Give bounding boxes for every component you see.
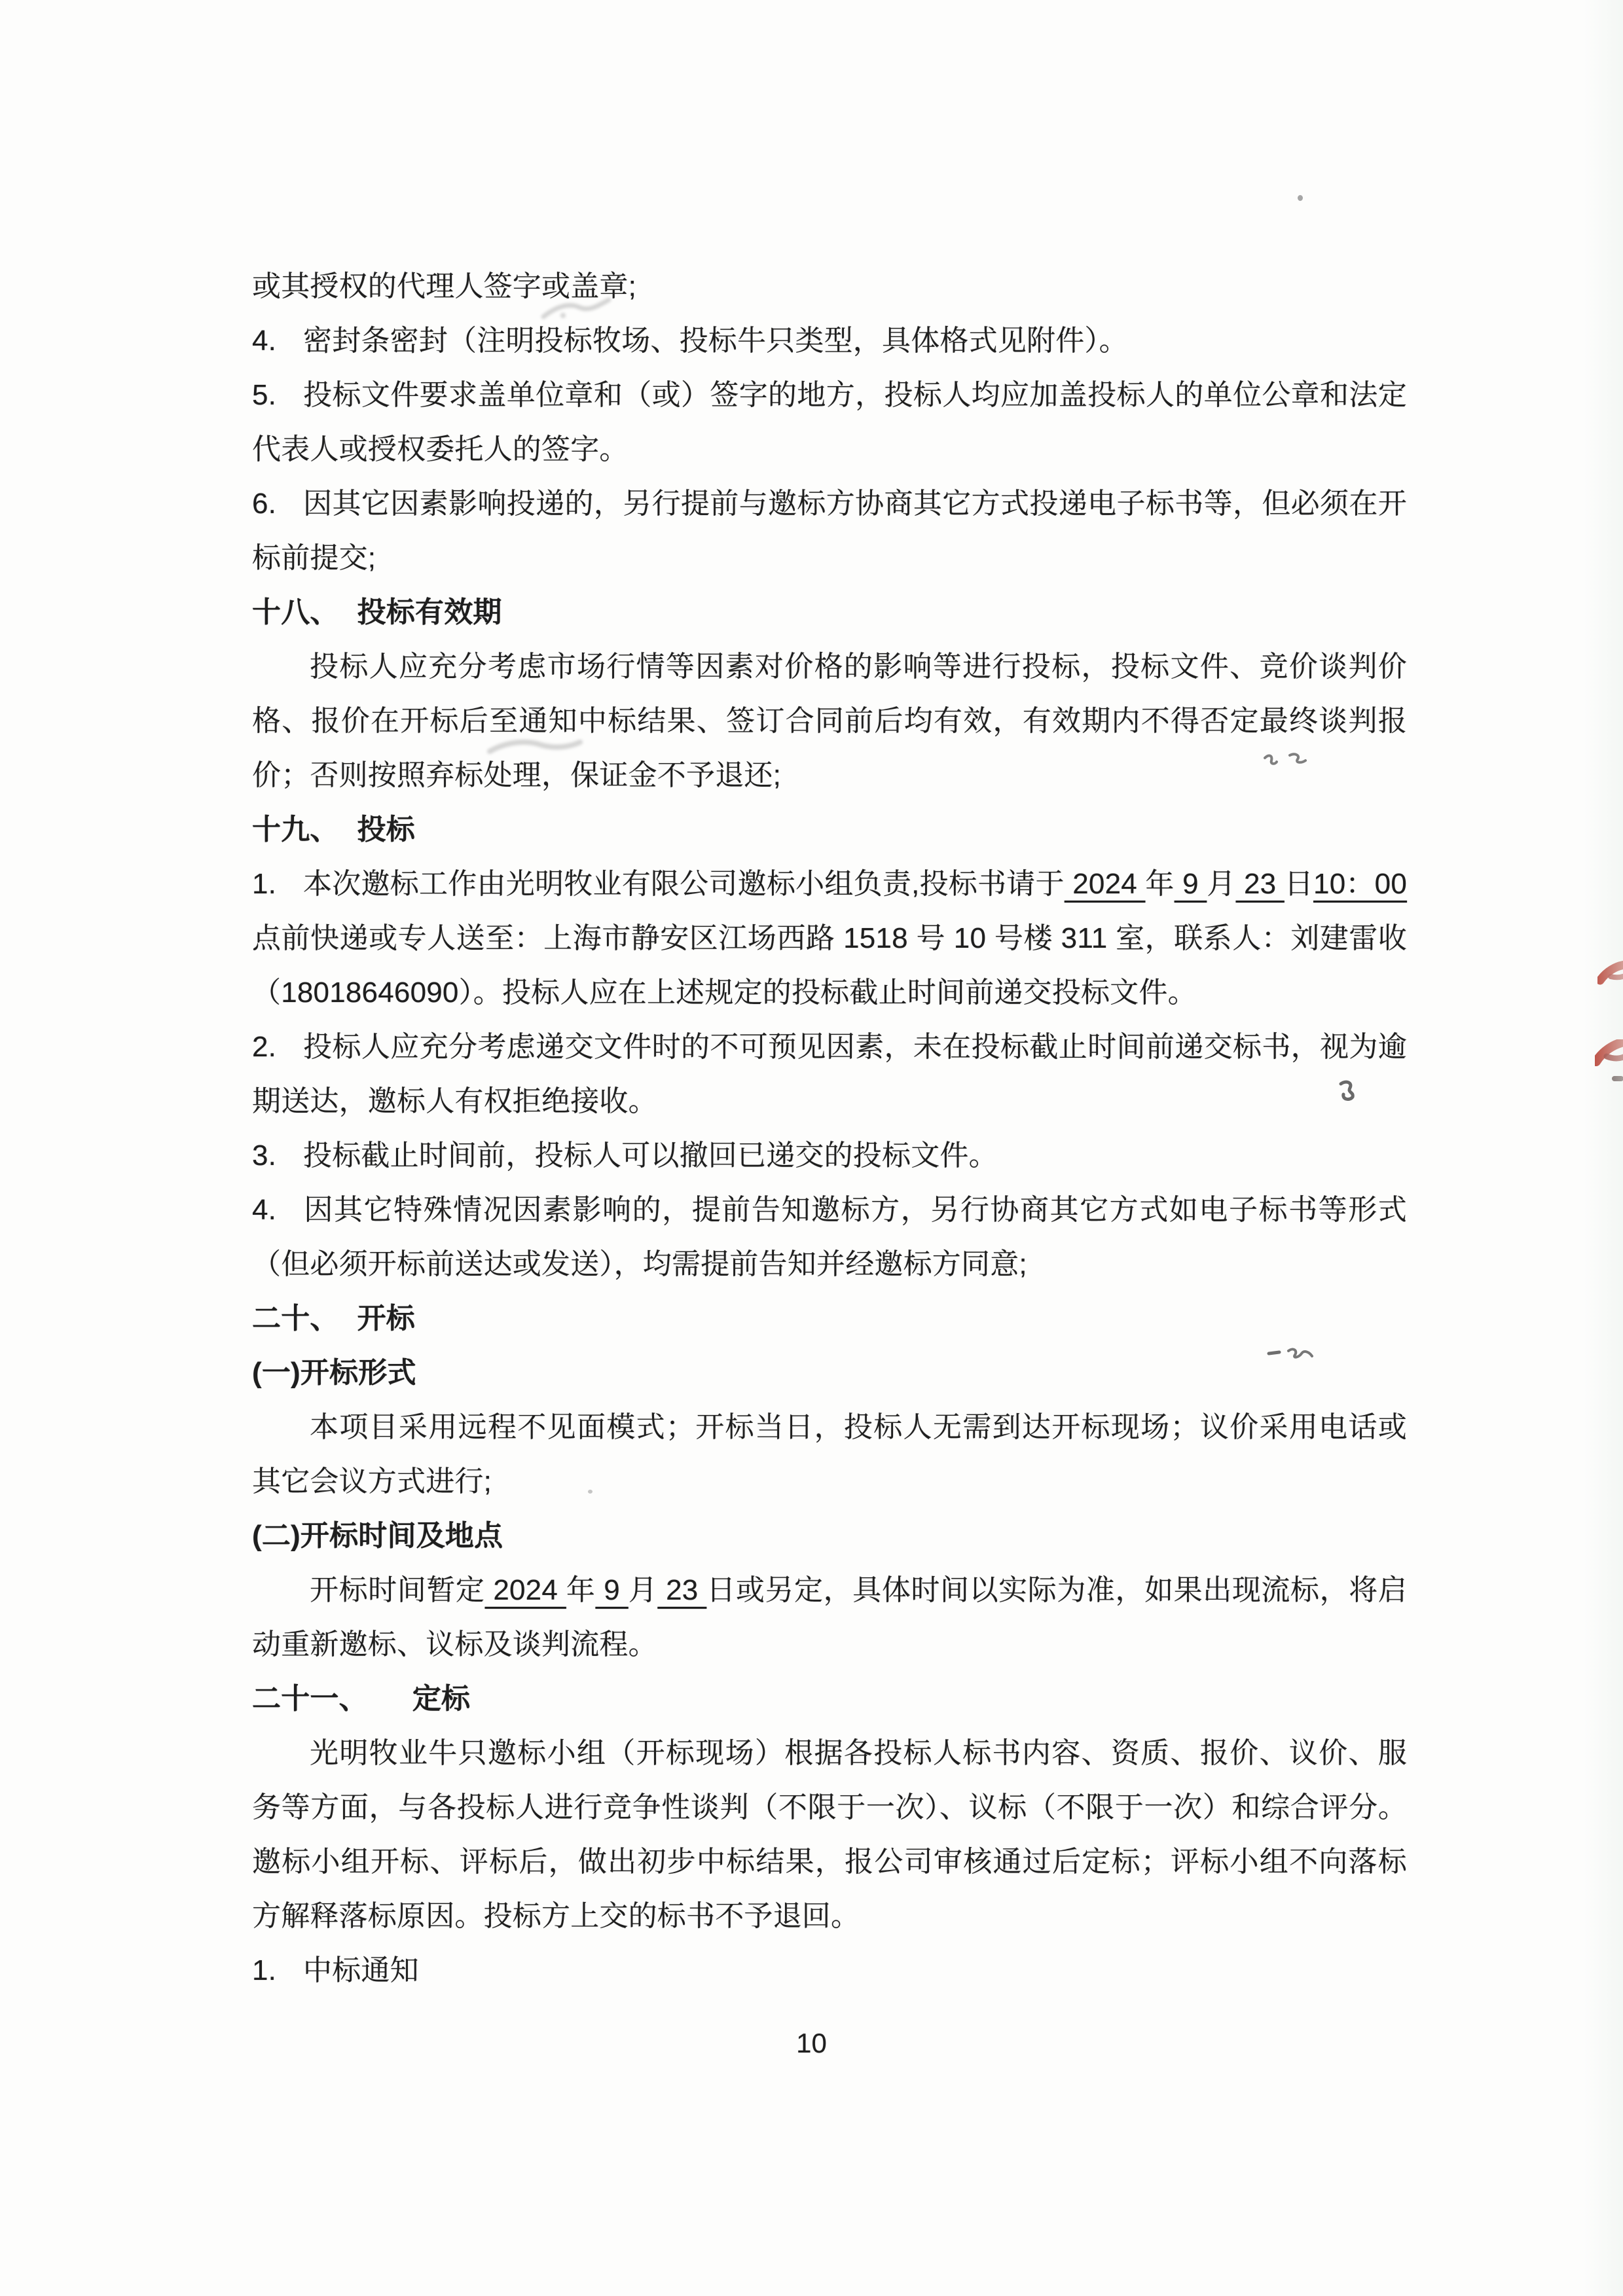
list-number: 3. xyxy=(252,1128,303,1183)
text-run: 光明牧业牛只邀标小组（开标现场）根据各投标人标书内容、资质、报价、议价、服务等方… xyxy=(252,1737,1407,1932)
scan-speck-1 xyxy=(1298,195,1303,201)
text-run: 中标通知 xyxy=(303,1954,419,1986)
section-number: 十八、 xyxy=(252,596,339,628)
page-number: 10 xyxy=(0,2028,1623,2059)
text-run: 投标截止时间前，投标人可以撤回已递交的投标文件。 xyxy=(303,1139,998,1172)
sub-heading: (一)开标形式 xyxy=(252,1346,1407,1400)
text-run: 密封条密封（注明投标牧场、投标牛只类型，具体格式见附件）。 xyxy=(303,325,1128,357)
text-run: 年 xyxy=(566,1574,596,1606)
text-run: 本次邀标工作由光明牧业有限公司邀标小组负责,投标书请于 xyxy=(303,868,1065,900)
underlined-text: 2024 xyxy=(1065,868,1146,900)
sub-heading: (二)开标时间及地点 xyxy=(252,1509,1407,1563)
text-run: 开标 xyxy=(357,1302,415,1335)
section-number: 二十、 xyxy=(252,1302,339,1335)
text-run: 日 xyxy=(1285,868,1313,900)
document-content: 或其授权的代理人签字或盖章;4.密封条密封（注明投标牧场、投标牛只类型，具体格式… xyxy=(252,259,1407,1998)
text-run: 投标人应充分考虑市场行情等因素对价格的影响等进行投标，投标文件、竞价谈判价格、报… xyxy=(252,651,1407,791)
paragraph: 或其授权的代理人签字或盖章; xyxy=(252,259,1407,314)
list-item: 3.投标截止时间前，投标人可以撤回已递交的投标文件。 xyxy=(252,1128,1407,1183)
list-number: 4. xyxy=(252,314,303,368)
list-item: 4.因其它特殊情况因素影响的，提前告知邀标方，另行协商其它方式如电子标书等形式（… xyxy=(252,1183,1407,1291)
text-run: 因其它因素影响投递的，另行提前与邀标方协商其它方式投递电子标书等，但必须在开标前… xyxy=(252,488,1407,574)
paragraph: 本项目采用远程不见面模式；开标当日，投标人无需到达开标现场；议价采用电话或其它会… xyxy=(252,1400,1407,1509)
underlined-text: 9 xyxy=(595,1574,628,1606)
text-run: (二)开标时间及地点 xyxy=(252,1520,503,1552)
list-item: 4.密封条密封（注明投标牧场、投标牛只类型，具体格式见附件）。 xyxy=(252,314,1407,368)
text-run: 月 xyxy=(629,1574,658,1606)
list-number: 6. xyxy=(252,476,303,531)
text-run: 因其它特殊情况因素影响的，提前告知邀标方，另行协商其它方式如电子标书等形式（但必… xyxy=(252,1194,1407,1280)
section-number: 二十一、 xyxy=(252,1683,368,1715)
list-item: 2.投标人应充分考虑递交文件时的不可预见因素，未在投标截止时间前递交标书，视为逾… xyxy=(252,1020,1407,1128)
list-number: 5. xyxy=(252,368,303,422)
section-heading: 二十一、定标 xyxy=(252,1672,1407,1726)
paragraph: 开标时间暂定 2024 年 9 月 23 日或另定，具体时间以实际为准，如果出现… xyxy=(252,1563,1407,1672)
section-number: 十九、 xyxy=(252,814,339,846)
list-number: 1. xyxy=(252,857,303,911)
red-pen-mark-lower xyxy=(1595,1039,1623,1092)
paragraph: 投标人应充分考虑市场行情等因素对价格的影响等进行投标，投标文件、竞价谈判价格、报… xyxy=(252,639,1407,802)
list-item: 5.投标文件要求盖单位章和（或）签字的地方，投标人均应加盖投标人的单位公章和法定… xyxy=(252,368,1407,476)
list-item: 6.因其它因素影响投递的，另行提前与邀标方协商其它方式投递电子标书等，但必须在开… xyxy=(252,476,1407,585)
text-run: 投标文件要求盖单位章和（或）签字的地方，投标人均应加盖投标人的单位公章和法定代表… xyxy=(252,379,1407,465)
underlined-text: 10：00 xyxy=(1313,868,1407,900)
paragraph: 光明牧业牛只邀标小组（开标现场）根据各投标人标书内容、资质、报价、议价、服务等方… xyxy=(252,1726,1407,1943)
text-run: 定标 xyxy=(412,1683,470,1715)
section-heading: 十八、投标有效期 xyxy=(252,585,1407,639)
text-run: 点前快递或专人送至：上海市静安区江场西路 1518 号 10 号楼 311 室，… xyxy=(252,922,1407,1009)
text-run: 年 xyxy=(1145,868,1174,900)
underlined-text: 23 xyxy=(657,1574,706,1606)
section-heading: 二十、开标 xyxy=(252,1291,1407,1346)
text-run: (一)开标形式 xyxy=(252,1357,416,1389)
text-run: 投标有效期 xyxy=(357,596,502,628)
red-pen-mark-upper xyxy=(1597,961,1623,994)
list-item: 1.中标通知 xyxy=(252,1943,1407,1998)
text-run: 月 xyxy=(1207,868,1235,900)
list-number: 4. xyxy=(252,1183,303,1237)
underlined-text: 23 xyxy=(1236,868,1285,900)
text-run: 开标时间暂定 xyxy=(310,1574,485,1606)
list-number: 2. xyxy=(252,1020,303,1074)
document-page: 或其授权的代理人签字或盖章;4.密封条密封（注明投标牧场、投标牛只类型，具体格式… xyxy=(0,0,1623,2296)
underlined-text: 9 xyxy=(1175,868,1207,900)
section-heading: 十九、投标 xyxy=(252,802,1407,857)
text-run: 本项目采用远程不见面模式；开标当日，投标人无需到达开标现场；议价采用电话或其它会… xyxy=(252,1411,1407,1498)
text-run: 投标 xyxy=(357,814,415,846)
underlined-text: 2024 xyxy=(485,1574,566,1606)
list-item: 1.本次邀标工作由光明牧业有限公司邀标小组负责,投标书请于 2024 年 9 月… xyxy=(252,857,1407,1020)
text-run: 投标人应充分考虑递交文件时的不可预见因素，未在投标截止时间前递交标书，视为逾期送… xyxy=(252,1031,1407,1117)
list-number: 1. xyxy=(252,1943,303,1998)
text-run: 或其授权的代理人签字或盖章; xyxy=(252,270,636,302)
